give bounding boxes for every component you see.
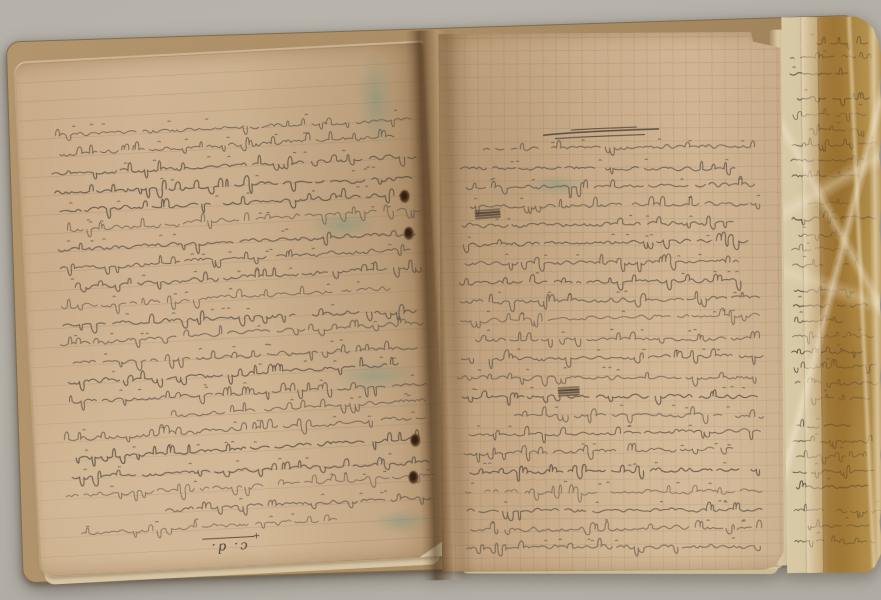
right-page-handwriting: [438, 32, 784, 572]
divider-mark: [539, 122, 663, 141]
continuation-mark-label: c. d.: [202, 536, 255, 556]
left-page: c. d. +: [15, 42, 449, 577]
notebook: c. d. +: [1, 0, 879, 597]
torn-stained-fragment-page: [781, 16, 881, 573]
continuation-mark-plus: +: [252, 530, 260, 540]
photograph-background: c. d. +: [0, 0, 881, 600]
crease-lines: [781, 16, 881, 573]
right-page: [438, 32, 784, 572]
